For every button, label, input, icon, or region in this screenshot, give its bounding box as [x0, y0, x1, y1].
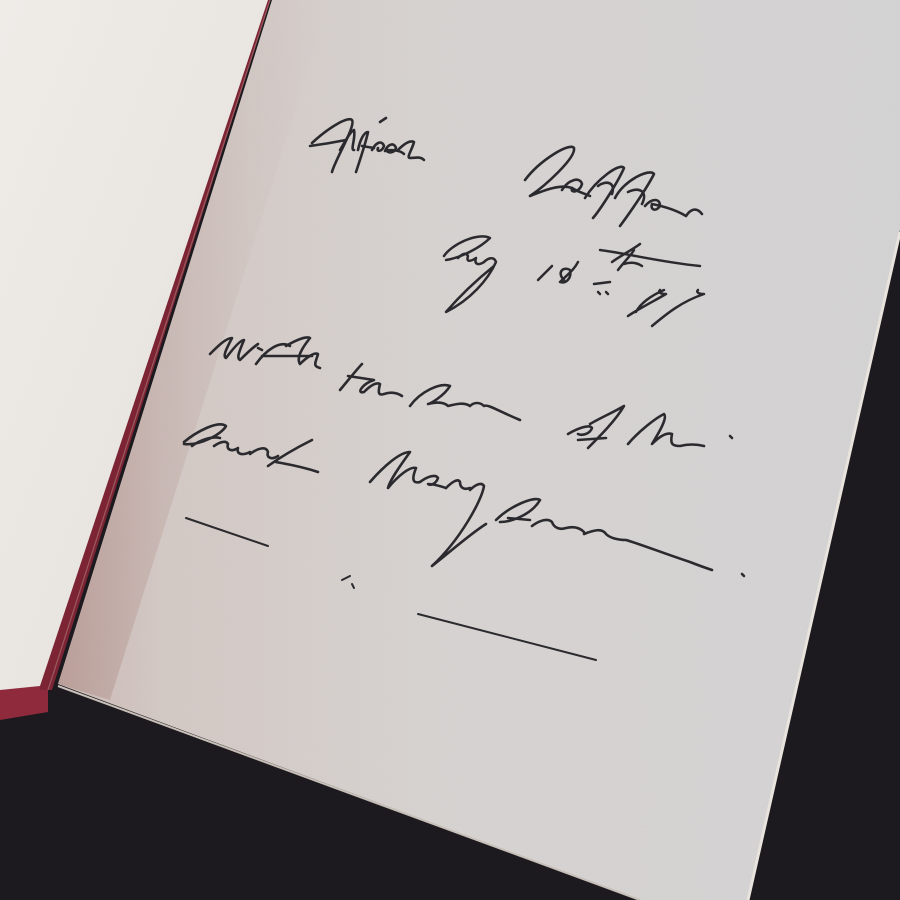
- book-photo: Alfred Klapper Aug 16th '77 with the lov…: [0, 0, 900, 900]
- book-photo-canvas: [0, 0, 900, 900]
